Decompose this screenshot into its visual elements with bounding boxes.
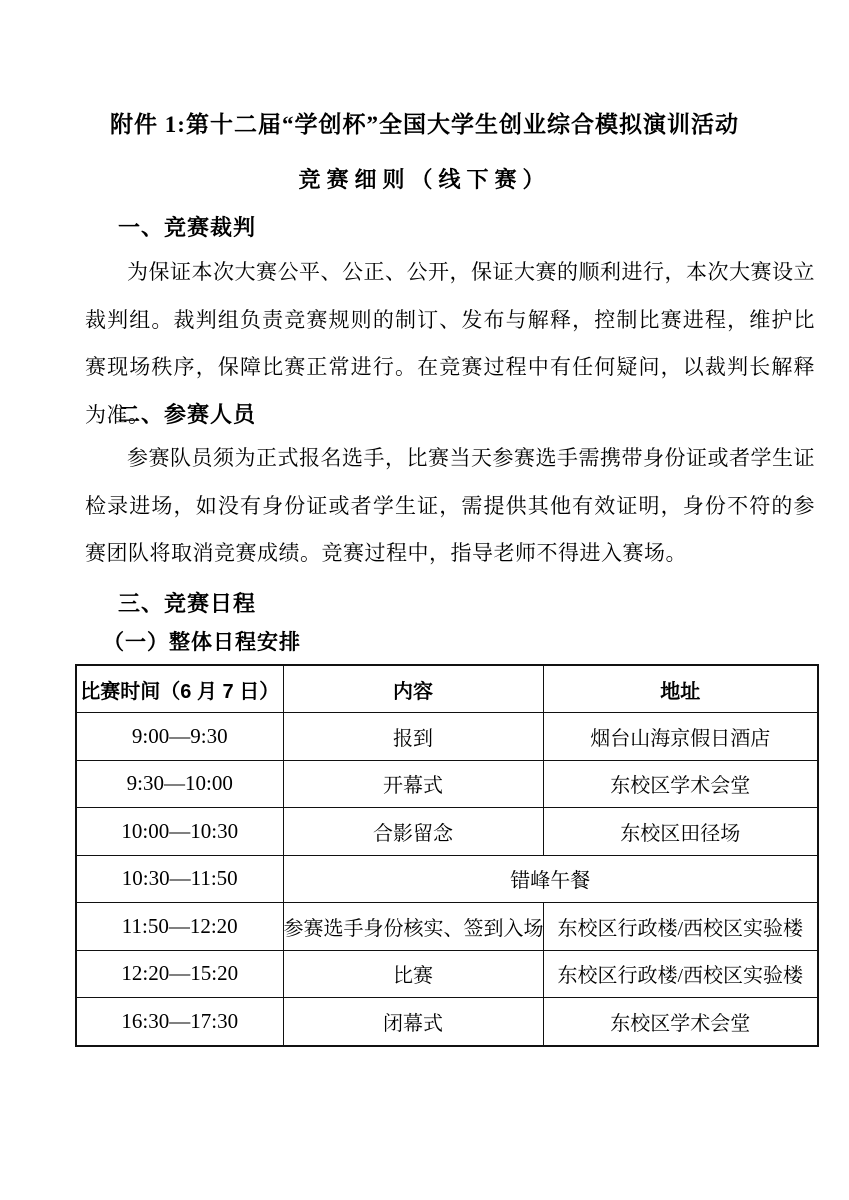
- cell-content: 合影留念: [283, 808, 543, 856]
- cell-time: 10:30—11:50: [76, 855, 283, 903]
- table-row: 12:20—15:20 比赛 东校区行政楼/西校区实验楼: [76, 950, 818, 998]
- table-header-address: 地址: [543, 665, 818, 713]
- table-row: 16:30—17:30 闭幕式 东校区学术会堂: [76, 998, 818, 1046]
- cell-address: 东校区行政楼/西校区实验楼: [543, 903, 818, 951]
- section-heading-participants: 二、参赛人员: [118, 398, 256, 429]
- schedule-table: 比赛时间（6 月 7 日） 内容 地址 9:00—9:30 报到 烟台山海京假日…: [75, 664, 819, 1047]
- section-heading-schedule: 三、竞赛日程: [118, 587, 256, 618]
- cell-content: 开幕式: [283, 760, 543, 808]
- section-heading-judges: 一、竞赛裁判: [118, 211, 256, 242]
- paragraph-participants: 参赛队员须为正式报名选手，比赛当天参赛选手需携带身份证或者学生证检录进场，如没有…: [85, 435, 815, 578]
- cell-time: 9:00—9:30: [76, 713, 283, 761]
- cell-address: 东校区田径场: [543, 808, 818, 856]
- cell-content: 比赛: [283, 950, 543, 998]
- table-header-content: 内容: [283, 665, 543, 713]
- cell-content: 参赛选手身份核实、签到入场: [283, 903, 543, 951]
- cell-content-merged: 错峰午餐: [283, 855, 818, 903]
- cell-address: 烟台山海京假日酒店: [543, 713, 818, 761]
- cell-address: 东校区学术会堂: [543, 760, 818, 808]
- cell-address: 东校区行政楼/西校区实验楼: [543, 950, 818, 998]
- table-row: 9:30—10:00 开幕式 东校区学术会堂: [76, 760, 818, 808]
- cell-time: 11:50—12:20: [76, 903, 283, 951]
- table-row-merged: 10:30—11:50 错峰午餐: [76, 855, 818, 903]
- document-page: 附件 1:第十二届“学创杯”全国大学生创业综合模拟演训活动 竞赛细则（线下赛） …: [0, 0, 849, 1200]
- cell-address: 东校区学术会堂: [543, 998, 818, 1046]
- table-row: 9:00—9:30 报到 烟台山海京假日酒店: [76, 713, 818, 761]
- table-header-time: 比赛时间（6 月 7 日）: [76, 665, 283, 713]
- cell-time: 9:30—10:00: [76, 760, 283, 808]
- cell-time: 10:00—10:30: [76, 808, 283, 856]
- document-subtitle: 竞赛细则（线下赛）: [0, 163, 849, 194]
- cell-content: 报到: [283, 713, 543, 761]
- table-row: 11:50—12:20 参赛选手身份核实、签到入场 东校区行政楼/西校区实验楼: [76, 903, 818, 951]
- document-title: 附件 1:第十二届“学创杯”全国大学生创业综合模拟演训活动: [0, 106, 849, 139]
- cell-time: 16:30—17:30: [76, 998, 283, 1046]
- table-row: 10:00—10:30 合影留念 东校区田径场: [76, 808, 818, 856]
- cell-content: 闭幕式: [283, 998, 543, 1046]
- table-header-row: 比赛时间（6 月 7 日） 内容 地址: [76, 665, 818, 713]
- cell-time: 12:20—15:20: [76, 950, 283, 998]
- subsection-heading-overall-schedule: （一）整体日程安排: [103, 626, 301, 656]
